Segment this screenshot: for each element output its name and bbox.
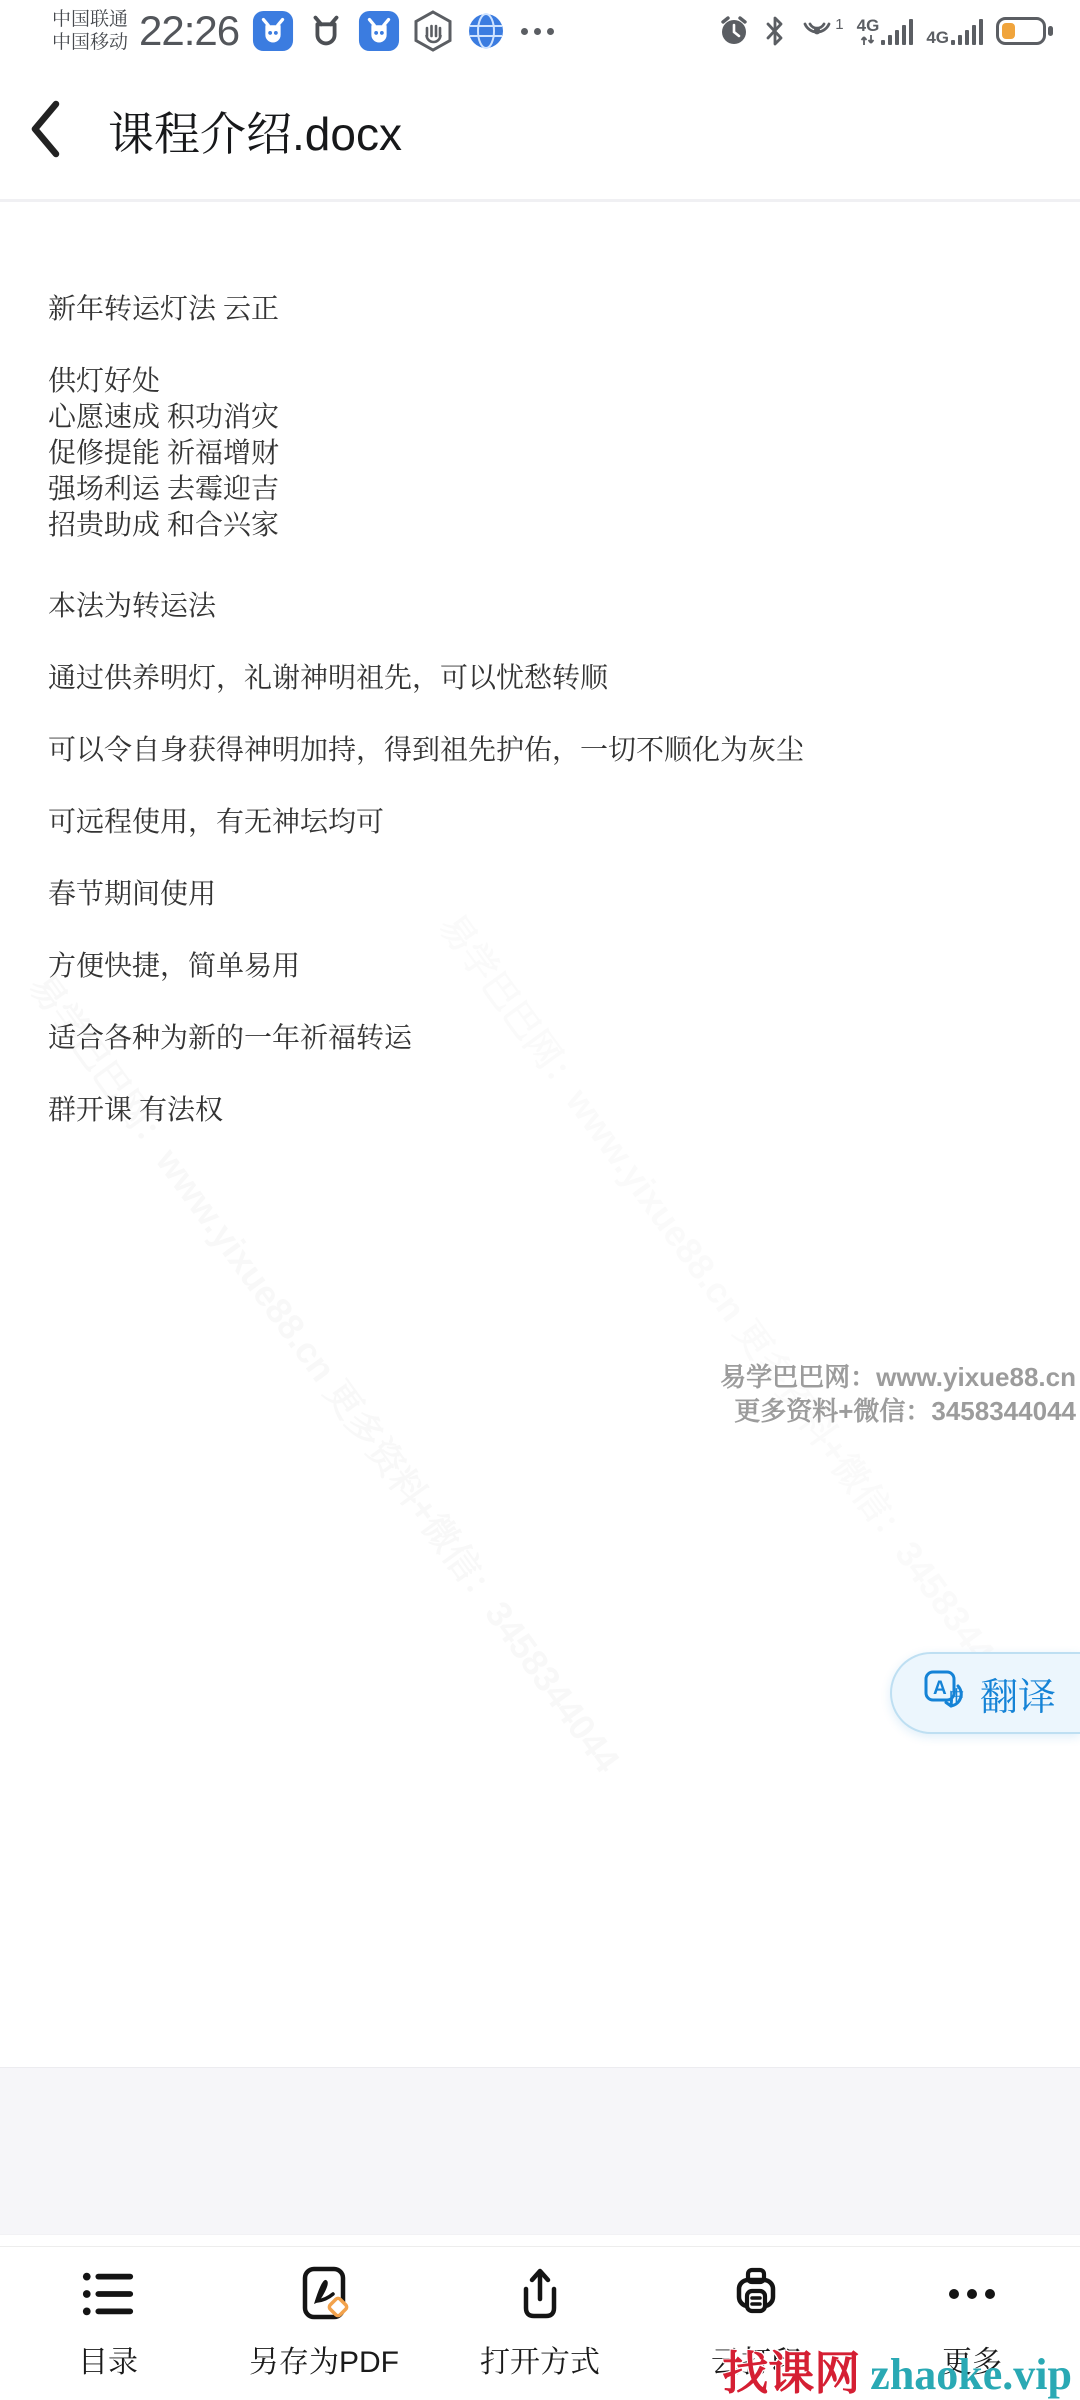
app-bull-outline-icon xyxy=(305,10,347,52)
bluetooth-icon xyxy=(764,15,786,47)
more-dots-icon xyxy=(943,2263,1001,2325)
doc-line: 本法为转运法 xyxy=(48,589,1050,625)
toolbar-label: 打开方式 xyxy=(480,2337,600,2381)
doc-line: 通过供养明灯，礼谢神明祖先，可以忧愁转顺 xyxy=(48,661,1050,697)
doc-line: 强场利运 去霉迎吉 xyxy=(48,472,1050,508)
signal-bars-icon xyxy=(881,16,913,46)
doc-line: 供灯好处 xyxy=(48,364,1050,400)
signal-bars-icon xyxy=(951,16,983,46)
doc-line: 促修提能 祈福增财 xyxy=(48,436,1050,472)
doc-line: 可远程使用，有无神坛均可 xyxy=(48,805,1050,841)
doc-line: 适合各种为新的一年祈福转运 xyxy=(48,1021,1050,1057)
document-end-panel xyxy=(0,2067,1080,2235)
signal-4g-2: 4G xyxy=(926,16,983,46)
carrier-names: 中国联通 中国移动 xyxy=(52,8,128,54)
open-with-icon xyxy=(511,2263,569,2325)
carrier-1: 中国联通 xyxy=(52,8,128,31)
watermark-line-1: 易学巴巴网：www.yixue88.cn xyxy=(720,1360,1076,1394)
site-watermark-domain: zhaoke.vip xyxy=(870,2349,1072,2400)
document-text: 新年转运灯法 云正 供灯好处 心愿速成 积功消灾 促修提能 祈福增财 强场利运 … xyxy=(48,202,1050,1129)
page-title: 课程介绍.docx xyxy=(108,98,402,164)
source-watermark: 易学巴巴网：www.yixue88.cn 更多资料+微信：3458344044 xyxy=(720,1360,1076,1428)
toolbar-item-toc[interactable]: 目录 xyxy=(0,2247,216,2400)
hotspot-icon: 1 xyxy=(799,14,843,48)
doc-line: 招贵助成 和合兴家 xyxy=(48,508,1050,544)
signal-4g-1: 4G xyxy=(857,16,914,46)
back-button[interactable] xyxy=(0,62,90,200)
toolbar-item-open-with[interactable]: 打开方式 xyxy=(432,2247,648,2400)
translate-button[interactable]: A中 翻译 xyxy=(890,1652,1080,1734)
translate-label: 翻译 xyxy=(980,1666,1056,1721)
status-bar: 中国联通 中国移动 22:26 xyxy=(0,0,1080,62)
chevron-left-icon xyxy=(28,100,62,163)
doc-line: 可以令自身获得神明加持，得到祖先护佑，一切不顺化为灰尘 xyxy=(48,733,1050,769)
hand-hexagon-icon xyxy=(411,9,455,53)
title-bar: 课程介绍.docx xyxy=(0,62,1080,200)
svg-text:A: A xyxy=(933,1678,947,1699)
status-time: 22:26 xyxy=(139,7,239,55)
site-watermark: 找课网 zhaoke.vip xyxy=(722,2337,1072,2400)
overflow-dots-icon xyxy=(521,28,554,35)
globe-icon xyxy=(466,11,506,51)
watermark-line-2: 更多资料+微信：3458344044 xyxy=(720,1394,1076,1428)
doc-line: 方便快捷，简单易用 xyxy=(48,949,1050,985)
doc-line: 群开课 有法权 xyxy=(48,1093,1050,1129)
toolbar-label: 目录 xyxy=(78,2337,138,2381)
screen: 中国联通 中国移动 22:26 xyxy=(0,0,1080,2400)
doc-line: 新年转运灯法 云正 xyxy=(48,292,1050,328)
save-as-pdf-icon xyxy=(294,2263,354,2325)
carrier-2: 中国移动 xyxy=(52,31,128,54)
svg-text:中: 中 xyxy=(949,1688,964,1705)
translate-icon: A中 xyxy=(922,1668,968,1719)
toolbar-item-save-as-pdf[interactable]: 另存为PDF xyxy=(216,2247,432,2400)
battery-icon xyxy=(996,16,1054,46)
toc-list-icon xyxy=(80,2263,136,2325)
doc-line: 心愿速成 积功消灾 xyxy=(48,400,1050,436)
toolbar-label: 另存为PDF xyxy=(249,2337,399,2381)
hotspot-count: 1 xyxy=(835,16,843,33)
site-watermark-name: 找课网 xyxy=(722,2337,860,2400)
cloud-print-icon xyxy=(727,2263,785,2325)
app-bull-blue-icon xyxy=(252,10,294,52)
app-bull-blue-icon-2 xyxy=(358,10,400,52)
document-view[interactable]: 易学巴巴网：www.yixue88.cn 更多资料+微信：3458344044 … xyxy=(0,202,1080,2067)
alarm-icon xyxy=(717,14,751,48)
doc-line: 春节期间使用 xyxy=(48,877,1050,913)
